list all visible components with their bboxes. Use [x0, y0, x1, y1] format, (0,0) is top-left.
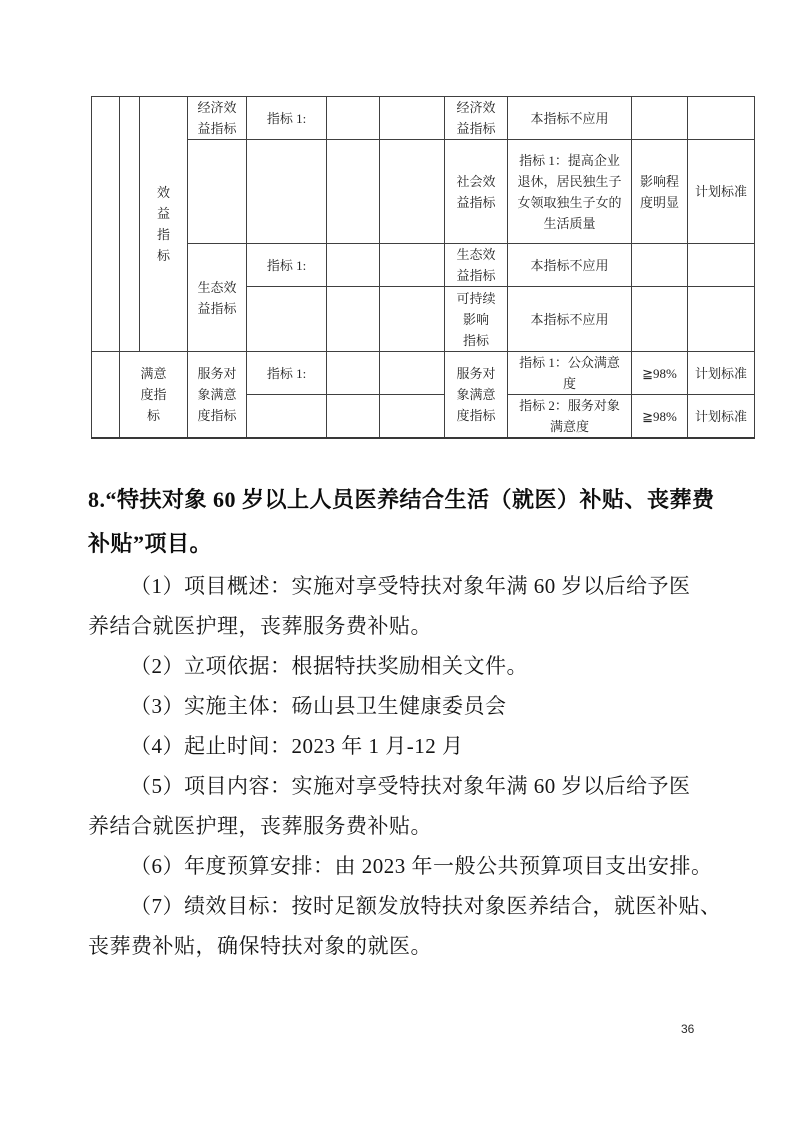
cell-eco-sub: 生态效 益指标 — [188, 244, 247, 352]
cell-indicator1: 指标 1: — [247, 244, 327, 287]
table-row: 满意 度指 标 服务对 象满意 度指标 指标 1: 服务对 象满意 度指标 指标… — [92, 352, 755, 395]
cell-econ-sub: 经济效 益指标 — [188, 97, 247, 140]
document-page: 效 益 指 标 经济效 益指标 指标 1: 经济效 益指标 本指标不应用 社会效… — [0, 0, 793, 1122]
empty-cell — [632, 287, 688, 352]
cell-indicator1: 指标 1: — [247, 352, 327, 395]
paragraph-overview: （1）项目概述：实施对享受特扶对象年满 60 岁以后给予医 养结合就医护理，丧葬… — [88, 566, 728, 646]
empty-cell — [92, 97, 120, 352]
cell-eco-value: 本指标不应用 — [508, 244, 632, 287]
cell-social-indicator: 指标 1：提高企业 退休，居民独生子 女领取独生子女的 生活质量 — [508, 140, 632, 244]
cell-service-sub: 服务对 象满意 度指标 — [188, 352, 247, 439]
empty-cell — [380, 352, 445, 395]
empty-cell — [120, 97, 140, 352]
empty-cell — [380, 140, 445, 244]
cell-econ-sub-right: 经济效 益指标 — [445, 97, 508, 140]
paragraph-goal: （7）绩效目标：按时足额发放特扶对象医养结合，就医补贴、 丧葬费补贴，确保特扶对… — [88, 886, 728, 966]
cell-service-sub-right: 服务对 象满意 度指标 — [445, 352, 508, 439]
paragraph-content: （5）项目内容：实施对享受特扶对象年满 60 岁以后给予医 养结合就医护理，丧葬… — [88, 766, 728, 846]
empty-cell — [327, 97, 380, 140]
empty-cell — [632, 244, 688, 287]
empty-cell — [247, 395, 327, 439]
table-row: 社会效 益指标 指标 1：提高企业 退休，居民独生子 女领取独生子女的 生活质量… — [92, 140, 755, 244]
cell-sat2-standard: 计划标准 — [688, 395, 755, 439]
cell-satisfaction-category: 满意 度指 标 — [120, 352, 188, 439]
empty-cell — [380, 395, 445, 439]
empty-cell — [327, 395, 380, 439]
cell-social-value: 影响程 度明显 — [632, 140, 688, 244]
cell-social-standard: 计划标准 — [688, 140, 755, 244]
empty-cell — [688, 244, 755, 287]
cell-sat1-standard: 计划标准 — [688, 352, 755, 395]
empty-cell — [247, 140, 327, 244]
cell-eco-sub-right: 生态效 益指标 — [445, 244, 508, 287]
cell-social-sub-right: 社会效 益指标 — [445, 140, 508, 244]
cell-benefit-category: 效 益 指 标 — [140, 97, 188, 352]
section-8-content: 8.“特扶对象 60 岁以上人员医养结合生活（就医）补贴、丧葬费 补贴”项目。 … — [88, 478, 728, 966]
cell-sustain-value: 本指标不应用 — [508, 287, 632, 352]
page-number: 36 — [681, 1022, 694, 1036]
empty-cell — [327, 352, 380, 395]
cell-sat1-indicator: 指标 1：公众满意 度 — [508, 352, 632, 395]
empty-cell — [380, 97, 445, 140]
cell-sat1-value: ≧98% — [632, 352, 688, 395]
paragraph-entity: （3）实施主体：砀山县卫生健康委员会 — [88, 686, 728, 726]
table-row: 效 益 指 标 经济效 益指标 指标 1: 经济效 益指标 本指标不应用 — [92, 97, 755, 140]
empty-cell — [247, 287, 327, 352]
empty-cell — [632, 97, 688, 140]
cell-sat2-indicator: 指标 2：服务对象 满意度 — [508, 395, 632, 439]
cell-sat2-value: ≧98% — [632, 395, 688, 439]
paragraph-basis: （2）立项依据：根据特扶奖励相关文件。 — [88, 646, 728, 686]
cell-indicator1: 指标 1: — [247, 97, 327, 140]
empty-cell — [327, 244, 380, 287]
empty-cell — [688, 97, 755, 140]
empty-cell — [327, 140, 380, 244]
section-heading: 8.“特扶对象 60 岁以上人员医养结合生活（就医）补贴、丧葬费 补贴”项目。 — [88, 478, 728, 566]
table-row: 生态效 益指标 指标 1: 生态效 益指标 本指标不应用 — [92, 244, 755, 287]
empty-cell — [380, 244, 445, 287]
empty-cell — [188, 140, 247, 244]
empty-cell — [92, 352, 120, 439]
empty-cell — [327, 287, 380, 352]
empty-cell — [688, 287, 755, 352]
paragraph-budget: （6）年度预算安排：由 2023 年一般公共预算项目支出安排。 — [88, 846, 728, 886]
cell-econ-value: 本指标不应用 — [508, 97, 632, 140]
paragraph-timeframe: （4）起止时间：2023 年 1 月-12 月 — [88, 726, 728, 766]
empty-cell — [380, 287, 445, 352]
cell-sustain-sub-right: 可持续 影响 指标 — [445, 287, 508, 352]
performance-indicator-table: 效 益 指 标 经济效 益指标 指标 1: 经济效 益指标 本指标不应用 社会效… — [91, 96, 755, 439]
